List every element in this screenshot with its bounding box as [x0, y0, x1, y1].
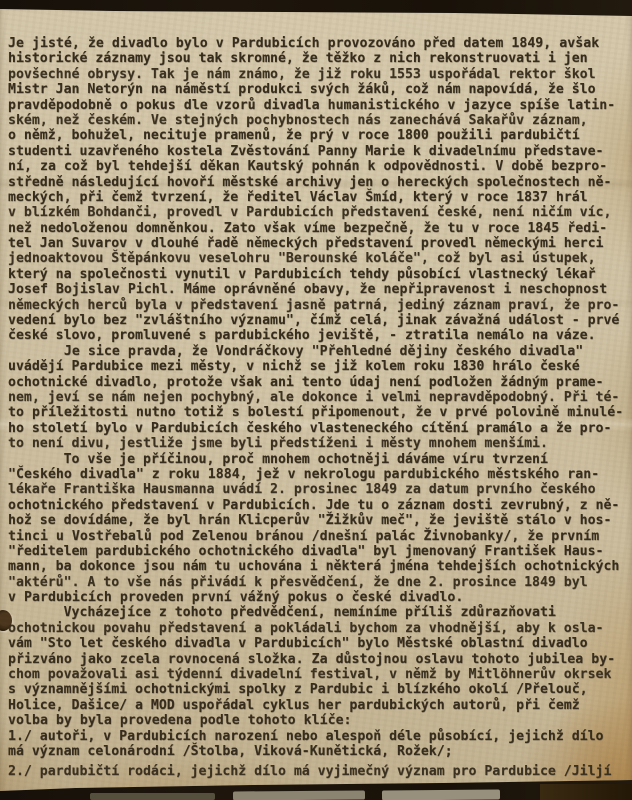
- text-line: to není divu, jestliže jsme byli předstí…: [8, 436, 628, 451]
- under-page-edge: [90, 793, 215, 800]
- text-line: ochotnickou povahu představení a pokláda…: [8, 621, 628, 636]
- text-line: středně následující hovoří městské archi…: [8, 175, 628, 190]
- text-line: studenti uzavřeného kostela Zvěstování P…: [8, 144, 628, 159]
- scanned-document-photo: Je jisté, že divadlo bylo v Pardubicích …: [0, 0, 632, 800]
- text-line: Josef Bojislav Pichl. Máme oprávněné oba…: [8, 282, 628, 297]
- text-line: 2./ pardubičtí rodáci, jejichž dílo má v…: [8, 764, 628, 779]
- text-line: "ředitelem pardubického ochotnického div…: [8, 544, 628, 559]
- text-line: lékaře Františka Hausmanna uvádí 2. pros…: [8, 482, 628, 497]
- text-line: české slovo, promluvené s pardubického j…: [8, 328, 628, 343]
- text-line: ní, za což byl tehdejší děkan Kautský po…: [8, 159, 628, 174]
- text-line: německých herců byla v představení jasně…: [8, 298, 628, 313]
- text-line: s významnějšími ochotnickými spolky z Pa…: [8, 682, 628, 697]
- text-line: přizváno jako zcela rovnocená složka. Za…: [8, 652, 628, 667]
- text-line: meckých, při čemž tvrzení, že ředitel Vá…: [8, 190, 628, 205]
- text-line: ochotnické divadlo, protože však ani ten…: [8, 375, 628, 390]
- text-line: tinci u Vostřebalů pod Zelenou bránou /d…: [8, 529, 628, 544]
- text-line: tel Jan Suvarov v dlouhé řadě německých …: [8, 236, 628, 251]
- text-line: 1./ autoři, v Pardubicích narození nebo …: [8, 729, 628, 744]
- text-line: pravděpodobně o pokus dle vzorů divadla …: [8, 98, 628, 113]
- text-line: který na společnosti vynutil v Pardubicí…: [8, 267, 628, 282]
- text-line: mann, ba dokonce jsou nám tu uchována i …: [8, 559, 628, 574]
- text-line: v Pardubicích proveden první vážný pokus…: [8, 590, 628, 605]
- under-page-edge: [382, 789, 500, 800]
- text-line: vedení bylo bez "zvláštního významu", čí…: [8, 313, 628, 328]
- text-line: to příležitosti nutno totiž s bolestí př…: [8, 405, 628, 420]
- typewritten-text: Je jisté, že divadlo bylo v Pardubicích …: [8, 36, 628, 780]
- text-line: ochotnického představení v Pardubicích. …: [8, 498, 628, 513]
- under-page-edge: [233, 791, 365, 800]
- text-line: Mistr Jan Netorýn na náměstí produkci sv…: [8, 82, 628, 97]
- text-line: ském, než českém. Ve stejných pochybnost…: [8, 113, 628, 128]
- text-line: Vycházejíce z tohoto předvědčení, nemíní…: [8, 605, 628, 620]
- text-line: než nedoloženou domněnkou. Zato však vím…: [8, 221, 628, 236]
- text-line: vám "Sto let českého divadla v Pardubicí…: [8, 636, 628, 651]
- text-line: má význam celonárodní /Štolba, Viková-Ku…: [8, 744, 628, 759]
- text-line: Holice, Dašice/ a MOD uspořádal cyklus h…: [8, 698, 628, 713]
- text-line: o němž, bohužel, necituje pramenů, že pr…: [8, 128, 628, 143]
- text-line: nem, jeví se nám nejen pochybný, ale dok…: [8, 390, 628, 405]
- text-line: "Českého divadla" z roku 1884, jež v nek…: [8, 467, 628, 482]
- text-line: chom považovali asi týdenní divadelní fe…: [8, 667, 628, 682]
- text-line: hož se dovídáme, že byl hrán Klicperův "…: [8, 513, 628, 528]
- text-line: historické záznamy jsou tak skromné, že …: [8, 51, 628, 66]
- text-line: jednoaktovou Štěpánkovu veselohru "Berou…: [8, 251, 628, 266]
- text-line: To vše je příčinou, proč mnohem ochotněj…: [8, 452, 628, 467]
- text-line: Je sice pravda, že Vondráčkovy "Přehledn…: [8, 344, 628, 359]
- scanner-bed-stain: [540, 784, 632, 800]
- text-line: volba by byla provedena podle tohoto klí…: [8, 713, 628, 728]
- text-line: povšechné obrysy. Tak je nám známo, že j…: [8, 67, 628, 82]
- text-line: Je jisté, že divadlo bylo v Pardubicích …: [8, 36, 628, 51]
- text-line: uvádějí Pardubice mezi městy, v nichž se…: [8, 359, 628, 374]
- text-line: "aktérů". A to vše nás přivádí k přesvěd…: [8, 575, 628, 590]
- text-line: v blízkém Bohdanči, provedl v Pardubicíc…: [8, 205, 628, 220]
- paper-sheet: Je jisté, že divadlo bylo v Pardubicích …: [0, 0, 632, 800]
- text-line: ho století bylo v Pardubicích českého vl…: [8, 421, 628, 436]
